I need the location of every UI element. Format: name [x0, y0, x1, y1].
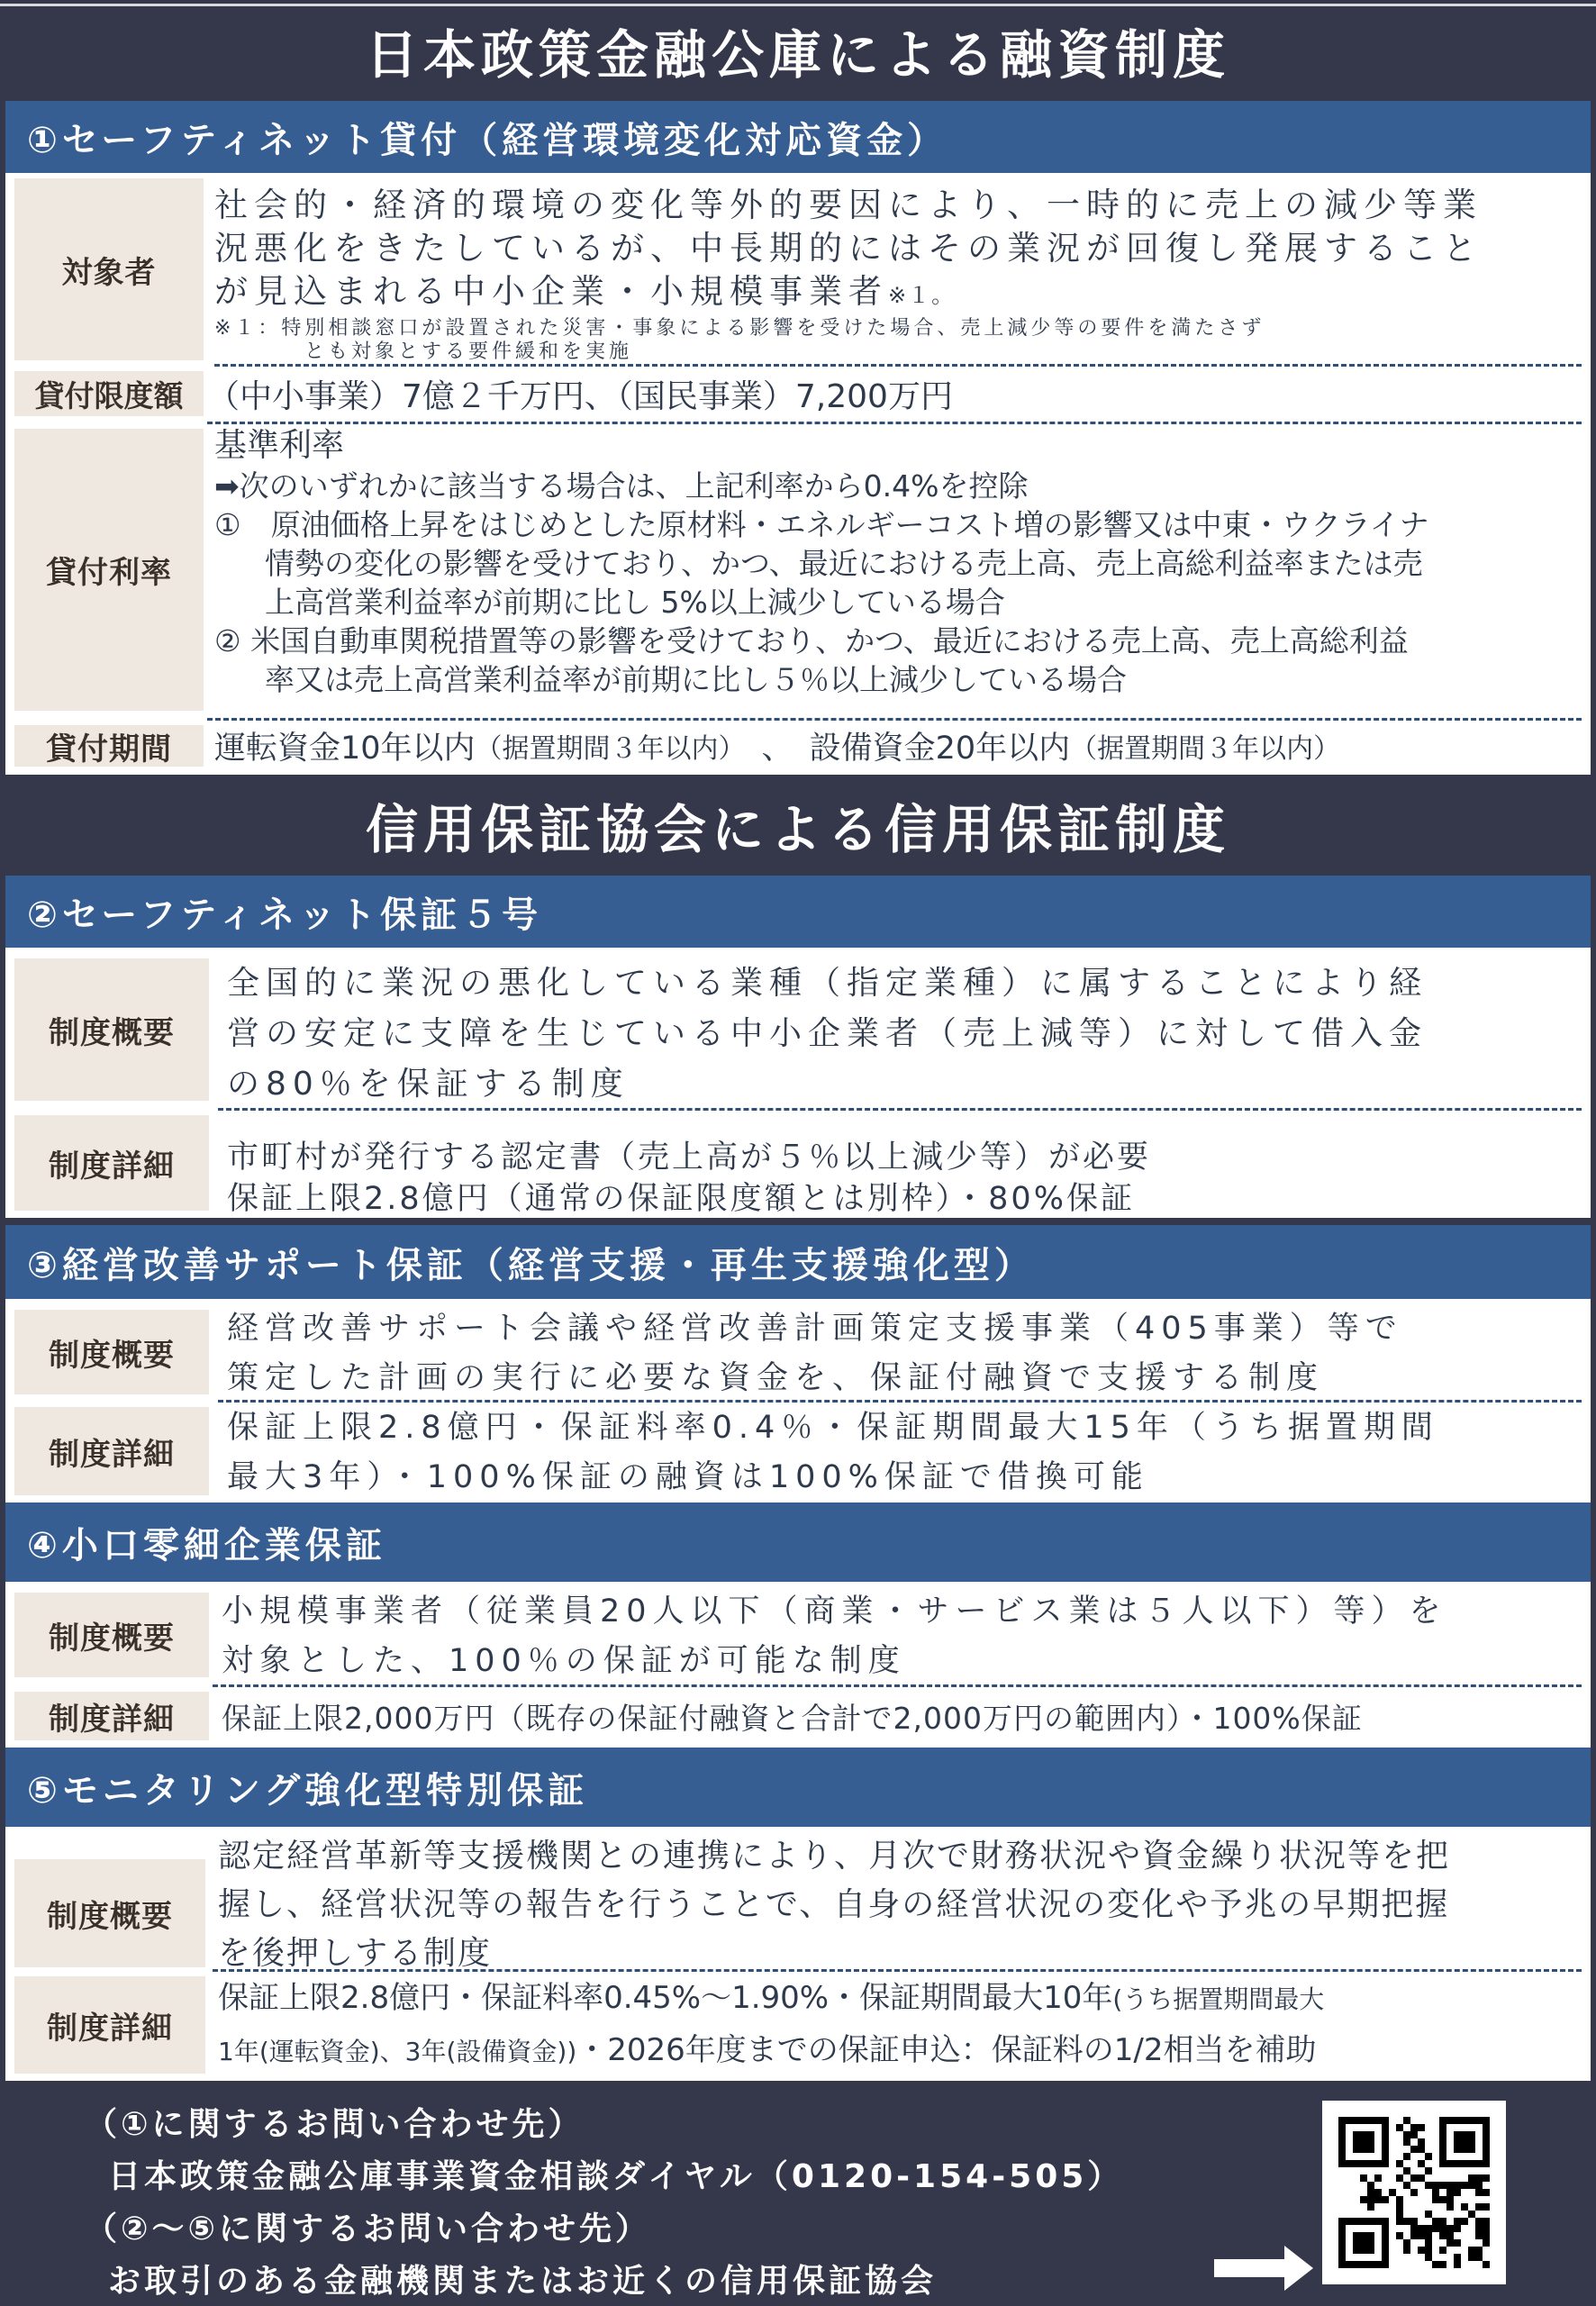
label-s4-detail: 制度詳細: [14, 1692, 209, 1740]
s4-overview-content: 小規模事業者（従業員20人以下（商業・サービス業は５人以下）等）を 対象とした、…: [222, 1587, 1582, 1683]
row-s3-detail: 制度詳細 保証上限2.8億円・保証料率0.4％・保証期間最大15年（うち据置期間…: [5, 1402, 1591, 1501]
label-s2-overview: 制度概要: [14, 958, 209, 1101]
s5-overview-content: 認定経営革新等支援機関との連携により、月次で財務状況や資金繰り状況等を把 握し、…: [218, 1832, 1582, 1973]
row-s2-detail: 制度詳細 市町村が発行する認定書（売上高が５％以上減少等）が必要 保証上限2.8…: [5, 1110, 1591, 1216]
right-arrow-icon: [1214, 2246, 1313, 2291]
rate-cond1-line2: 情勢の変化の影響を受けており、かつ、最近における売上高、売上高総利益率または売: [214, 544, 1582, 583]
section3-header: ③経営改善サポート保証（経営支援・再生支援強化型）: [0, 1225, 1596, 1299]
section4-header: ④小口零細企業保証: [0, 1503, 1596, 1582]
period-equipment-grace: （据置期間３年以内）: [1070, 726, 1340, 766]
contact1-heading: （①に関するお問い合わせ先）: [85, 2099, 584, 2145]
row-s3-overview: 制度概要 経営改善サポート会議や経営改善計画策定支援事業（405事業）等で 策定…: [5, 1304, 1591, 1400]
label-s2-detail: 制度詳細: [14, 1115, 209, 1211]
cgc-title-band: 信用保証協会による信用保証制度: [0, 775, 1596, 876]
s3-overview-line-1: 経営改善サポート会議や経営改善計画策定支援事業（405事業）等で: [227, 1304, 1582, 1354]
label-s4-overview: 制度概要: [14, 1593, 209, 1677]
row-period: 貸付期間 運転資金10年以内 （据置期間３年以内） 、 設備資金20年以内 （据…: [5, 720, 1591, 772]
s5-detail-line2-small: 1年(運転資金)、3年(設備資金)): [218, 2037, 576, 2066]
section5-header: ⑤モニタリング強化型特別保証: [0, 1748, 1596, 1827]
section4-body: 制度概要 小規模事業者（従業員20人以下（商業・サービス業は５人以下）等）を 対…: [0, 1582, 1596, 1748]
rate-content: 基準利率 ➡次のいずれかに該当する場合は、上記利率から0.4%を控除 ① 原油価…: [214, 423, 1582, 716]
row-s5-overview: 制度概要 認定経営革新等支援機関との連携により、月次で財務状況や資金繰り状況等を…: [5, 1832, 1591, 1973]
section4-title: ④小口零細企業保証: [27, 1517, 386, 1568]
row-s4-overview: 制度概要 小規模事業者（従業員20人以下（商業・サービス業は５人以下）等）を 対…: [5, 1587, 1591, 1683]
rate-cond1-line3: 上高営業利益率が前期に比し 5%以上減少している場合: [214, 583, 1582, 622]
row-s2-overview: 制度概要 全国的に業況の悪化している業種（指定業種）に属することにより経 営の安…: [5, 953, 1591, 1106]
s2-overview-line-1: 全国的に業況の悪化している業種（指定業種）に属することにより経: [227, 958, 1582, 1009]
qr-code-icon[interactable]: [1322, 2101, 1506, 2284]
target-line-2: 況悪化をきたしているが、中長期的にはその業況が回復し発展すること: [214, 227, 1582, 270]
period-working: 運転資金10年以内: [214, 723, 476, 768]
note-line-2: とも対象とする要件緩和を実施: [214, 340, 1582, 364]
section5-body: 制度概要 認定経営革新等支援機関との連携により、月次で財務状況や資金繰り状況等を…: [0, 1827, 1596, 2081]
rate-base: 基準利率: [214, 425, 1582, 467]
s3-detail-line-2: 最大3年）・100%保証の融資は100%保証で借換可能: [227, 1453, 1582, 1503]
row-rate: 貸付利率 基準利率 ➡次のいずれかに該当する場合は、上記利率から0.4%を控除 …: [5, 423, 1591, 716]
target-content: 社会的・経済的環境の変化等外的要因により、一時的に売上の減少等業 況悪化をきたし…: [214, 173, 1582, 366]
section5-title: ⑤モニタリング強化型特別保証: [27, 1762, 588, 1813]
label-s3-overview: 制度概要: [14, 1310, 209, 1394]
s5-overview-line-1: 認定経営革新等支援機関との連携により、月次で財務状況や資金繰り状況等を把: [218, 1832, 1582, 1881]
label-s5-overview: 制度概要: [14, 1859, 205, 1967]
section3-title: ③経営改善サポート保証（経営支援・再生支援強化型）: [27, 1237, 1035, 1288]
note-line-1: ※１：特別相談窓口が設置された災害・事象による影響を受けた場合、売上減少等の要件…: [214, 317, 1582, 340]
section1-body: 対象者 社会的・経済的環境の変化等外的要因により、一時的に売上の減少等業 況悪化…: [0, 173, 1596, 775]
s5-overview-line-2: 握し、経営状況等の報告を行うことで、自身の経営状況の変化や予兆の早期把握: [218, 1881, 1582, 1929]
rate-cond1-line1: ① 原油価格上昇をはじめとした原材料・エネルギーコスト増の影響又は中東・ウクライ…: [214, 505, 1582, 544]
contact1-value: 日本政策金融公庫事業資金相談ダイヤル（0120-154-505）: [108, 2151, 1123, 2197]
top-rule: [0, 4, 1596, 6]
period-content: 運転資金10年以内 （据置期間３年以内） 、 設備資金20年以内 （据置期間３年…: [214, 720, 1582, 772]
s4-overview-line-1: 小規模事業者（従業員20人以下（商業・サービス業は５人以下）等）を: [222, 1587, 1582, 1637]
label-target: 対象者: [14, 178, 204, 360]
rate-reduction: ➡次のいずれかに該当する場合は、上記利率から0.4%を控除: [214, 467, 1582, 505]
contact2-value: お取引のある金融機関またはお近くの信用保証協会: [108, 2256, 937, 2301]
rate-cond2-line2: 率又は売上高営業利益率が前期に比し５％以上減少している場合: [214, 660, 1582, 699]
limit-content: （中小事業）7億２千万円、（国民事業）7,200万円: [207, 366, 1582, 422]
section2-title: ②セーフティネット保証５号: [27, 886, 542, 938]
row-target: 対象者 社会的・経済的環境の変化等外的要因により、一時的に売上の減少等業 況悪化…: [5, 173, 1591, 366]
s5-detail-line2-main: ・2026年度までの保証申込：保証料の1/2相当を補助: [576, 2032, 1316, 2068]
footnote-mark: ※１。: [888, 283, 955, 308]
period-separator: 、: [762, 723, 793, 768]
s4-overview-line-2: 対象とした、100％の保証が可能な制度: [222, 1637, 1582, 1686]
period-working-grace: （据置期間３年以内）: [476, 726, 746, 766]
jfc-title: 日本政策金融公庫による融資制度: [366, 13, 1230, 88]
row-limit: 貸付限度額 （中小事業）7億２千万円、（国民事業）7,200万円: [5, 366, 1591, 422]
label-limit: 貸付限度額: [14, 371, 204, 416]
s3-detail-content: 保証上限2.8億円・保証料率0.4％・保証期間最大15年（うち据置期間 最大3年…: [227, 1402, 1582, 1501]
row-s4-detail: 制度詳細 保証上限2,000万円（既存の保証付融資と合計で2,000万円の範囲内…: [5, 1686, 1591, 1746]
section1-title: ①セーフティネット貸付（経営環境変化対応資金）: [27, 112, 948, 163]
section1-header: ①セーフティネット貸付（経営環境変化対応資金）: [0, 101, 1596, 173]
s5-detail-content: 保証上限2.8億円・保証料率0.45%～1.90%・保証期間最大10年(うち据置…: [218, 1971, 1582, 2079]
section3-body: 制度概要 経営改善サポート会議や経営改善計画策定支援事業（405事業）等で 策定…: [0, 1299, 1596, 1503]
limit-text: （中小事業）7億２千万円、（国民事業）7,200万円: [207, 371, 953, 417]
section2-body: 制度概要 全国的に業況の悪化している業種（指定業種）に属することにより経 営の安…: [0, 948, 1596, 1218]
s5-detail-line1-main: 保証上限2.8億円・保証料率0.45%～1.90%・保証期間最大10年: [218, 1980, 1112, 2016]
contact2-heading: （②～⑤に関するお問い合わせ先）: [85, 2203, 651, 2249]
label-rate: 貸付利率: [14, 429, 204, 711]
s2-overview-line-3: の80％を保証する制度: [227, 1059, 1582, 1110]
row-s5-detail: 制度詳細 保証上限2.8億円・保証料率0.45%～1.90%・保証期間最大10年…: [5, 1971, 1591, 2079]
s2-detail-content: 市町村が発行する認定書（売上高が５％以上減少等）が必要 保証上限2.8億円（通常…: [227, 1110, 1582, 1216]
s5-detail-line1-small: (うち据置期間最大: [1112, 1984, 1324, 2014]
s3-overview-line-2: 策定した計画の実行に必要な資金を、保証付融資で支援する制度: [227, 1354, 1582, 1403]
s2-overview-line-2: 営の安定に支障を生じている中小企業者（売上減等）に対して借入金: [227, 1009, 1582, 1059]
s4-detail-content: 保証上限2,000万円（既存の保証付融資と合計で2,000万円の範囲内）・100…: [222, 1686, 1582, 1746]
s2-detail-line-1: 市町村が発行する認定書（売上高が５％以上減少等）が必要: [227, 1137, 1582, 1178]
period-equipment: 設備資金20年以内: [810, 723, 1071, 768]
jfc-title-band: 日本政策金融公庫による融資制度: [0, 0, 1596, 101]
label-s5-detail: 制度詳細: [14, 1976, 205, 2074]
target-line-3: が見込まれる中小企業・小規模事業者: [214, 272, 888, 311]
target-line-1: 社会的・経済的環境の変化等外的要因により、一時的に売上の減少等業: [214, 184, 1582, 227]
rate-cond2-line1: ② 米国自動車関税措置等の影響を受けており、かつ、最近における売上高、売上高総利…: [214, 622, 1582, 660]
label-s3-detail: 制度詳細: [14, 1407, 209, 1495]
label-period: 貸付期間: [14, 725, 204, 767]
cgc-title: 信用保証協会による信用保証制度: [366, 787, 1230, 863]
s2-overview-content: 全国的に業況の悪化している業種（指定業種）に属することにより経 営の安定に支障を…: [227, 953, 1582, 1106]
s3-overview-content: 経営改善サポート会議や経営改善計画策定支援事業（405事業）等で 策定した計画の…: [227, 1304, 1582, 1400]
s2-detail-line-2: 保証上限2.8億円（通常の保証限度額とは別枠）・80%保証: [227, 1178, 1582, 1220]
section2-header: ②セーフティネット保証５号: [0, 876, 1596, 948]
qr-code-pattern: [1338, 2117, 1490, 2268]
s3-detail-line-1: 保証上限2.8億円・保証料率0.4％・保証期間最大15年（うち据置期間: [227, 1403, 1582, 1453]
s4-detail-line-1: 保証上限2,000万円（既存の保証付融資と合計で2,000万円の範囲内）・100…: [222, 1695, 1363, 1738]
